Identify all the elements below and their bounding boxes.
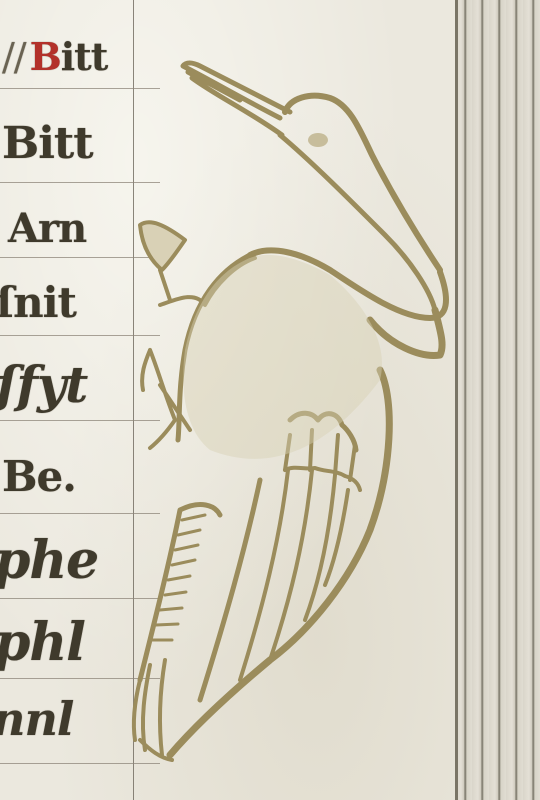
rubricated-initial: B: [30, 34, 61, 79]
text-line-6: Be.: [2, 452, 76, 501]
horizontal-ruling-line: [0, 513, 160, 514]
horizontal-ruling-line: [0, 598, 160, 599]
text-line-4: ſnit: [0, 278, 76, 327]
page-edge-stack: [455, 0, 540, 800]
horizontal-ruling-line: [0, 335, 160, 336]
horizontal-ruling-line: [0, 88, 160, 89]
text-line-8: phl: [0, 612, 85, 673]
text-line-9: nnl: [0, 692, 73, 746]
horizontal-ruling-line: [0, 678, 160, 679]
horizontal-ruling-line: [0, 420, 160, 421]
line-text: itt: [61, 34, 108, 79]
vertical-ruling-line: [133, 0, 134, 800]
horizontal-ruling-line: [0, 182, 160, 183]
text-line-1: //Bitt: [2, 34, 107, 79]
text-line-5: ſfyt: [0, 355, 87, 414]
manuscript-page: //Bitt Bitt Arn ſnit ſfyt Be. phe phl nn…: [0, 0, 455, 800]
text-line-3: Arn: [8, 205, 86, 252]
page-edge-border: [455, 0, 458, 800]
text-line-7: phe: [0, 530, 98, 591]
horizontal-ruling-line: [0, 763, 160, 764]
horizontal-ruling-line: [0, 257, 160, 258]
line-marks: //: [2, 35, 26, 79]
text-line-2: Bitt: [2, 118, 93, 169]
